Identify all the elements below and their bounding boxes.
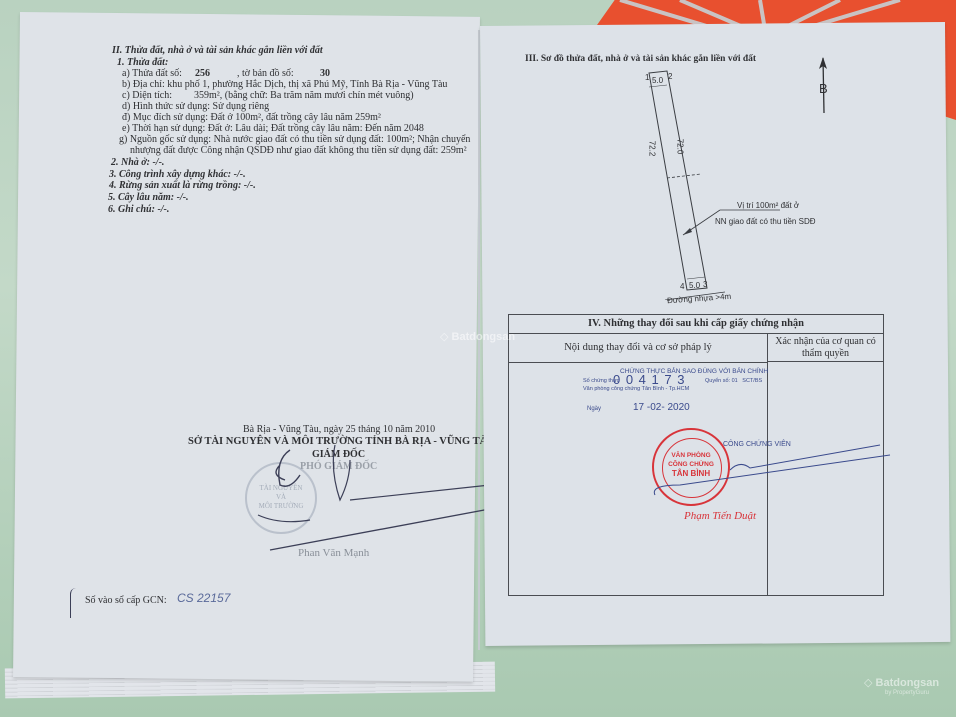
parcel-heading: 1. Thửa đất: [117,57,168,68]
annotation-residential: Vị trí 100m² đất ở [737,200,799,211]
registry-label: Số vào sổ cấp GCN: [85,595,167,606]
watermark-logo-icon: ◇ [864,677,872,689]
parcel-diagram [620,60,740,300]
production-forest-item: 4. Rừng sản xuất là rừng trồng: -/-. [109,180,256,191]
watermark-logo-icon: ◇ [440,331,448,343]
parcel-number: 256 [195,68,210,79]
watermark-brand: Batdongsan [452,331,516,343]
watermark-center: ◇ Batdongsan [440,330,515,343]
map-sheet-label: , tờ bản đồ số: [237,68,294,79]
notary-name: Phạm Tiến Duật [684,510,756,522]
certification-office: Văn phòng công chứng Tân Bình - Tp.HCM [583,386,689,392]
address: b) Địa chỉ: khu phố 1, phường Hắc Dịch, … [122,79,447,90]
map-sheet-number: 30 [320,68,330,79]
north-label: B [819,83,828,94]
perennial-trees-item: 5. Cây lâu năm: -/-. [108,192,189,203]
registry-number: CS 22157 [177,593,230,604]
annotation-allocation: NN giao đất có thu tiền SDĐ [715,216,816,227]
top-width: 5.0 [652,75,663,86]
changes-table-title: IV. Những thay đổi sau khi cấp giấy chứn… [509,315,883,334]
signature-strokes [150,440,500,560]
corner-3: 3 [703,279,707,290]
other-construction-item: 3. Công trình xây dựng khác: -/-. [109,169,246,180]
certification-date: 17 -02- 2020 [633,402,690,413]
usage-term: e) Thời hạn sử dụng: Đất ở: Lâu dài; Đất… [122,123,424,134]
watermark-sub: by PropertyGuru [885,690,929,696]
signer-name: Phan Văn Mạnh [298,548,369,559]
right-length: 72.0 [674,139,685,155]
section-ii-title: II. Thửa đất, nhà ở và tài sản khác gắn … [112,45,323,56]
house-item: 2. Nhà ở: -/-. [111,157,164,168]
left-length: 72.2 [646,141,657,157]
land-origin-line2: nhượng đất được Công nhận QSDĐ như giao … [130,145,467,156]
parcel-number-label: a) Thửa đất số: [122,68,182,79]
notary-signature [650,440,900,500]
corner-2: 2 [668,71,672,82]
bottom-width: 5.0 [689,280,700,291]
watermark-corner-brand: Batdongsan [876,677,940,689]
watermark-corner: ◇ Batdongsan [864,676,939,689]
corner-4: 4 [680,281,684,292]
certification-number: 0 0 4 1 7 3 [613,372,685,387]
usage-form: d) Hình thức sử dụng: Sử dụng riêng [122,101,269,112]
handwritten-mark [70,588,81,618]
area-value: 359m², (bằng chữ: Ba trăm năm mươi chín … [194,90,414,101]
notes-item: 6. Ghi chú: -/-. [108,204,169,215]
certification-date-label: Ngày [587,406,601,412]
area-label: c) Diện tích: [122,90,172,101]
col-header-changes: Nội dung thay đổi và cơ sở pháp lý [509,334,768,363]
place-date: Bà Rịa - Vũng Tàu, ngày 25 tháng 10 năm … [243,424,435,435]
certification-book: Quyển số: 01 SCT/BS [705,378,762,384]
land-origin-line1: g) Nguồn gốc sử dụng: Nhà nước giao đất … [119,134,470,145]
usage-purpose: đ) Mục đích sử dụng: Đất ở 100m², đất tr… [122,112,381,123]
col-header-confirmation: Xác nhận của cơ quan có thẩm quyền [768,334,883,362]
corner-1: 1 [645,72,649,83]
